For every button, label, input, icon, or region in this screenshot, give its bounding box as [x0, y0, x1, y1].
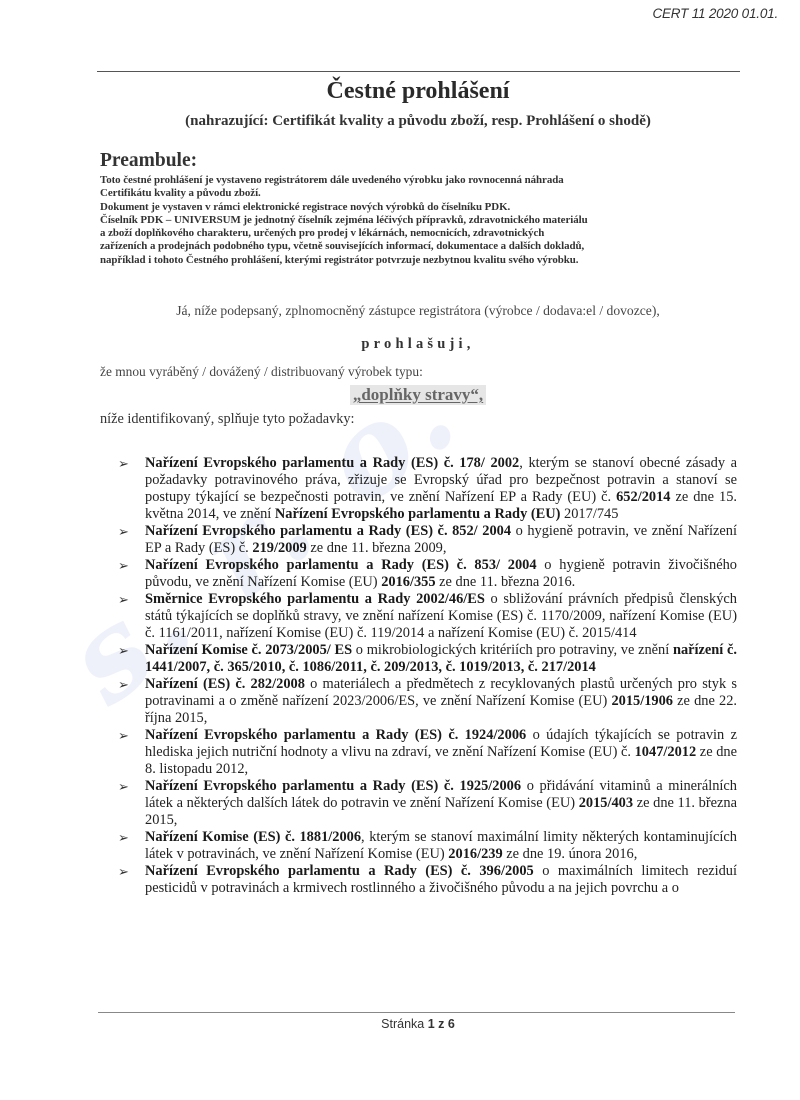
page-current: 1: [428, 1017, 435, 1031]
product-type: „doplňky stravy“,: [350, 385, 486, 405]
arrowhead-right-icon: ➢: [118, 727, 129, 744]
requirement-item: ➢Nařízení Evropského parlamentu a Rady (…: [112, 778, 737, 829]
arrowhead-right-icon: ➢: [118, 591, 129, 608]
regulation-reference: Nařízení Evropského parlamentu a Rady (E…: [145, 523, 511, 539]
regulation-reference: 2015/1906: [611, 693, 673, 709]
requirements-intro: níže identifikovaný, splňuje tyto požada…: [100, 411, 355, 428]
regulation-reference: Nařízení Evropského parlamentu a Rady (E…: [275, 506, 561, 522]
declarant-statement: Já, níže podepsaný, zplnomocněný zástupc…: [0, 303, 800, 319]
regulation-reference: Směrnice Evropského parlamentu a Rady 20…: [145, 591, 485, 607]
requirement-item: ➢Nařízení Komise (ES) č. 1881/2006, kter…: [112, 829, 737, 863]
preamble-line: Toto čestné prohlášení je vystaveno regi…: [100, 174, 740, 187]
requirement-text: o mikrobiologických kritériích pro potra…: [352, 642, 673, 658]
requirements-list: ➢Nařízení Evropského parlamentu a Rady (…: [112, 455, 737, 897]
requirement-item: ➢Nařízení Evropského parlamentu a Rady (…: [112, 863, 737, 897]
arrowhead-right-icon: ➢: [118, 455, 129, 472]
preamble-line: a zboží doplňkového charakteru, určených…: [100, 227, 740, 240]
preamble-line: například i tohoto Čestného prohlášení, …: [100, 254, 740, 267]
requirement-item: ➢Nařízení (ES) č. 282/2008 o materiálech…: [112, 676, 737, 727]
regulation-reference: Nařízení Evropského parlamentu a Rady (E…: [145, 727, 526, 743]
regulation-reference: Nařízení Evropského parlamentu a Rady (E…: [145, 778, 521, 794]
document-title: Čestné prohlášení: [0, 78, 800, 105]
preamble-line: Dokument je vystaven v rámci elektronick…: [100, 201, 740, 214]
regulation-reference: Nařízení Evropského parlamentu a Rady (E…: [145, 863, 534, 879]
arrowhead-right-icon: ➢: [118, 642, 129, 659]
requirement-item: ➢Nařízení Evropského parlamentu a Rady (…: [112, 523, 737, 557]
requirement-text: ze dne 11. března 2009,: [307, 540, 447, 556]
page-separator: z: [438, 1017, 444, 1031]
preamble-line: Certifikátu kvality a původu zboží.: [100, 187, 740, 200]
requirement-text: ze dne 11. března 2016.: [436, 574, 576, 590]
requirement-text: 2017/745: [560, 506, 618, 522]
regulation-reference: Nařízení Evropského parlamentu a Rady (E…: [145, 455, 519, 471]
regulation-reference: 219/2009: [252, 540, 306, 556]
requirement-item: ➢Nařízení Komise č. 2073/2005/ ES o mikr…: [112, 642, 737, 676]
declare-word: prohlašuji,: [0, 336, 800, 353]
preamble-line: zařízeních a prodejnách podobného typu, …: [100, 240, 740, 253]
arrowhead-right-icon: ➢: [118, 863, 129, 880]
requirement-text: ze dne 19. února 2016,: [503, 846, 638, 862]
regulation-reference: 1047/2012: [635, 744, 697, 760]
header-divider: [97, 71, 740, 72]
regulation-reference: Nařízení Komise č. 2073/2005/ ES: [145, 642, 352, 658]
arrowhead-right-icon: ➢: [118, 778, 129, 795]
document-subtitle: (nahrazující: Certifikát kvality a původ…: [0, 113, 800, 130]
page-total: 6: [448, 1017, 455, 1031]
page-label: Stránka: [381, 1017, 424, 1031]
requirement-item: ➢Nařízení Evropského parlamentu a Rady (…: [112, 557, 737, 591]
product-line: že mnou vyráběný / dovážený / distribuov…: [100, 364, 423, 380]
product-type-container: „doplňky stravy“,: [0, 385, 800, 405]
arrowhead-right-icon: ➢: [118, 523, 129, 540]
page-footer: Stránka 1 z 6: [0, 1017, 800, 1031]
document-page: s. r. o. CERT 11 2020 01.01. Čestné proh…: [0, 0, 800, 1100]
arrowhead-right-icon: ➢: [118, 676, 129, 693]
requirement-item: ➢Nařízení Evropského parlamentu a Rady (…: [112, 727, 737, 778]
regulation-reference: Nařízení Komise (ES) č. 1881/2006: [145, 829, 361, 845]
regulation-reference: Nařízení (ES) č. 282/2008: [145, 676, 305, 692]
preamble-line: Číselník PDK – UNIVERSUM je jednotný čís…: [100, 214, 740, 227]
footer-divider: [98, 1012, 735, 1013]
preamble-heading: Preambule:: [100, 150, 197, 172]
requirement-item: ➢Nařízení Evropského parlamentu a Rady (…: [112, 455, 737, 523]
requirement-item: ➢Směrnice Evropského parlamentu a Rady 2…: [112, 591, 737, 642]
regulation-reference: 2016/355: [381, 574, 435, 590]
regulation-reference: Nařízení Evropského parlamentu a Rady (E…: [145, 557, 537, 573]
certificate-code: CERT 11 2020 01.01.: [652, 6, 778, 21]
preamble-text: Toto čestné prohlášení je vystaveno regi…: [100, 174, 740, 267]
arrowhead-right-icon: ➢: [118, 829, 129, 846]
regulation-reference: 2015/403: [579, 795, 633, 811]
regulation-reference: 2016/239: [448, 846, 502, 862]
regulation-reference: 652/2014: [616, 489, 670, 505]
arrowhead-right-icon: ➢: [118, 557, 129, 574]
